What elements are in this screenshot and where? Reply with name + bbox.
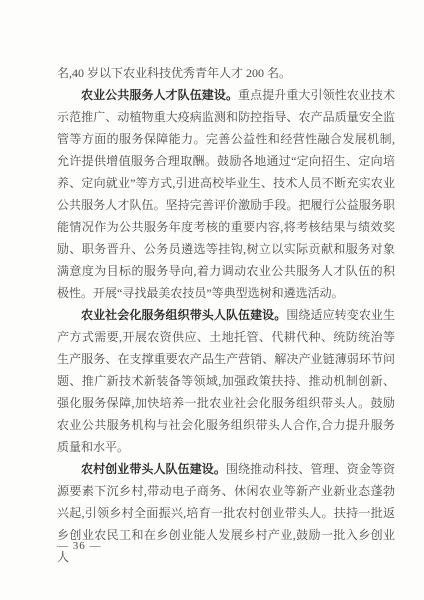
paragraph-text: 名,40 岁以下农业科技优秀青年人才 200 名。 [57, 66, 291, 80]
paragraph: 名,40 岁以下农业科技优秀青年人才 200 名。 [57, 62, 395, 84]
paragraph-text: 重点提升重大引领性农业技术示范推广、动植物重大疫病监测和防控指导、农产品质量安全… [57, 88, 395, 300]
page-number: — 36 — [57, 540, 102, 552]
paragraph: 农业社会化服务组织带头人队伍建设。围绕适应转变农业生产方式需要,开展农资供应、土… [57, 304, 395, 458]
paragraph-heading: 农业社会化服务组织带头人队伍建设。 [81, 308, 286, 322]
paragraph-text: 围绕适应转变农业生产方式需要,开展农资供应、土地托管、代耕代种、统防统治等生产服… [57, 308, 395, 454]
paragraph: 农业公共服务人才队伍建设。重点提升重大引领性农业技术示范推广、动植物重大疫病监测… [57, 84, 395, 304]
paragraph: 农村创业带头人队伍建设。围绕推动科技、管理、资金等资源要素下沉乡村,带动电子商务… [57, 458, 395, 568]
paragraph-text: 围绕推动科技、管理、资金等资源要素下沉乡村,带动电子商务、休闲农业等新产业新业态… [57, 462, 395, 564]
document-body: 名,40 岁以下农业科技优秀青年人才 200 名。 农业公共服务人才队伍建设。重… [57, 62, 395, 568]
paragraph-heading: 农业公共服务人才队伍建设。 [81, 88, 238, 102]
document-page: 名,40 岁以下农业科技优秀青年人才 200 名。 农业公共服务人才队伍建设。重… [0, 0, 424, 600]
paragraph-heading: 农村创业带头人队伍建设。 [81, 462, 226, 476]
